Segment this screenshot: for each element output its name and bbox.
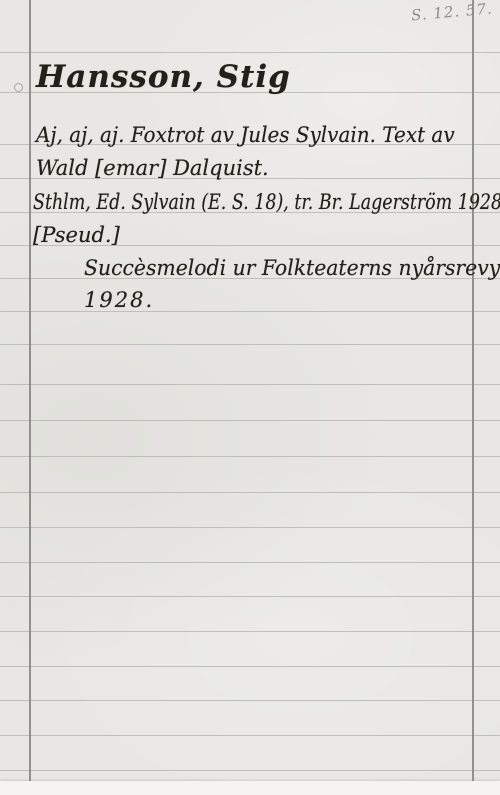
ruled-line bbox=[0, 631, 500, 632]
ruled-line bbox=[0, 420, 500, 421]
punch-hole-mark bbox=[14, 83, 23, 92]
ruled-line bbox=[0, 735, 500, 736]
ruled-line bbox=[0, 52, 500, 53]
right-margin-rule bbox=[472, 0, 474, 786]
entry-line-author: Wald [emar] Dalquist. bbox=[36, 154, 269, 182]
entry-line-pseud-note: [Pseud.] bbox=[33, 221, 120, 249]
ruled-line bbox=[0, 456, 500, 457]
left-margin-rule bbox=[29, 0, 31, 786]
pencil-shelf-mark: S. 12. 57. bbox=[410, 0, 493, 25]
ruled-line bbox=[0, 527, 500, 528]
ruled-line bbox=[0, 344, 500, 345]
entry-line-imprint: Sthlm, Ed. Sylvain (E. S. 18), tr. Br. L… bbox=[33, 188, 500, 216]
ruled-line bbox=[0, 492, 500, 493]
entry-line-year: 1928. bbox=[84, 286, 154, 314]
ruled-line bbox=[0, 384, 500, 385]
ruled-line bbox=[0, 700, 500, 701]
catalog-card-scan: S. 12. 57. Hansson, Stig Aj, aj, aj. Fox… bbox=[0, 0, 500, 795]
entry-heading: Hansson, Stig bbox=[36, 58, 291, 96]
entry-line-revue-note: Succèsmelodi ur Folkteaterns nyårsrevy bbox=[84, 254, 500, 282]
ruled-line bbox=[0, 562, 500, 563]
entry-line-title: Aj, aj, aj. Foxtrot av Jules Sylvain. Te… bbox=[36, 121, 455, 149]
paper-bottom-edge bbox=[0, 781, 500, 795]
ruled-line bbox=[0, 311, 500, 312]
ruled-line bbox=[0, 596, 500, 597]
ruled-line bbox=[0, 770, 500, 771]
ruled-line bbox=[0, 666, 500, 667]
